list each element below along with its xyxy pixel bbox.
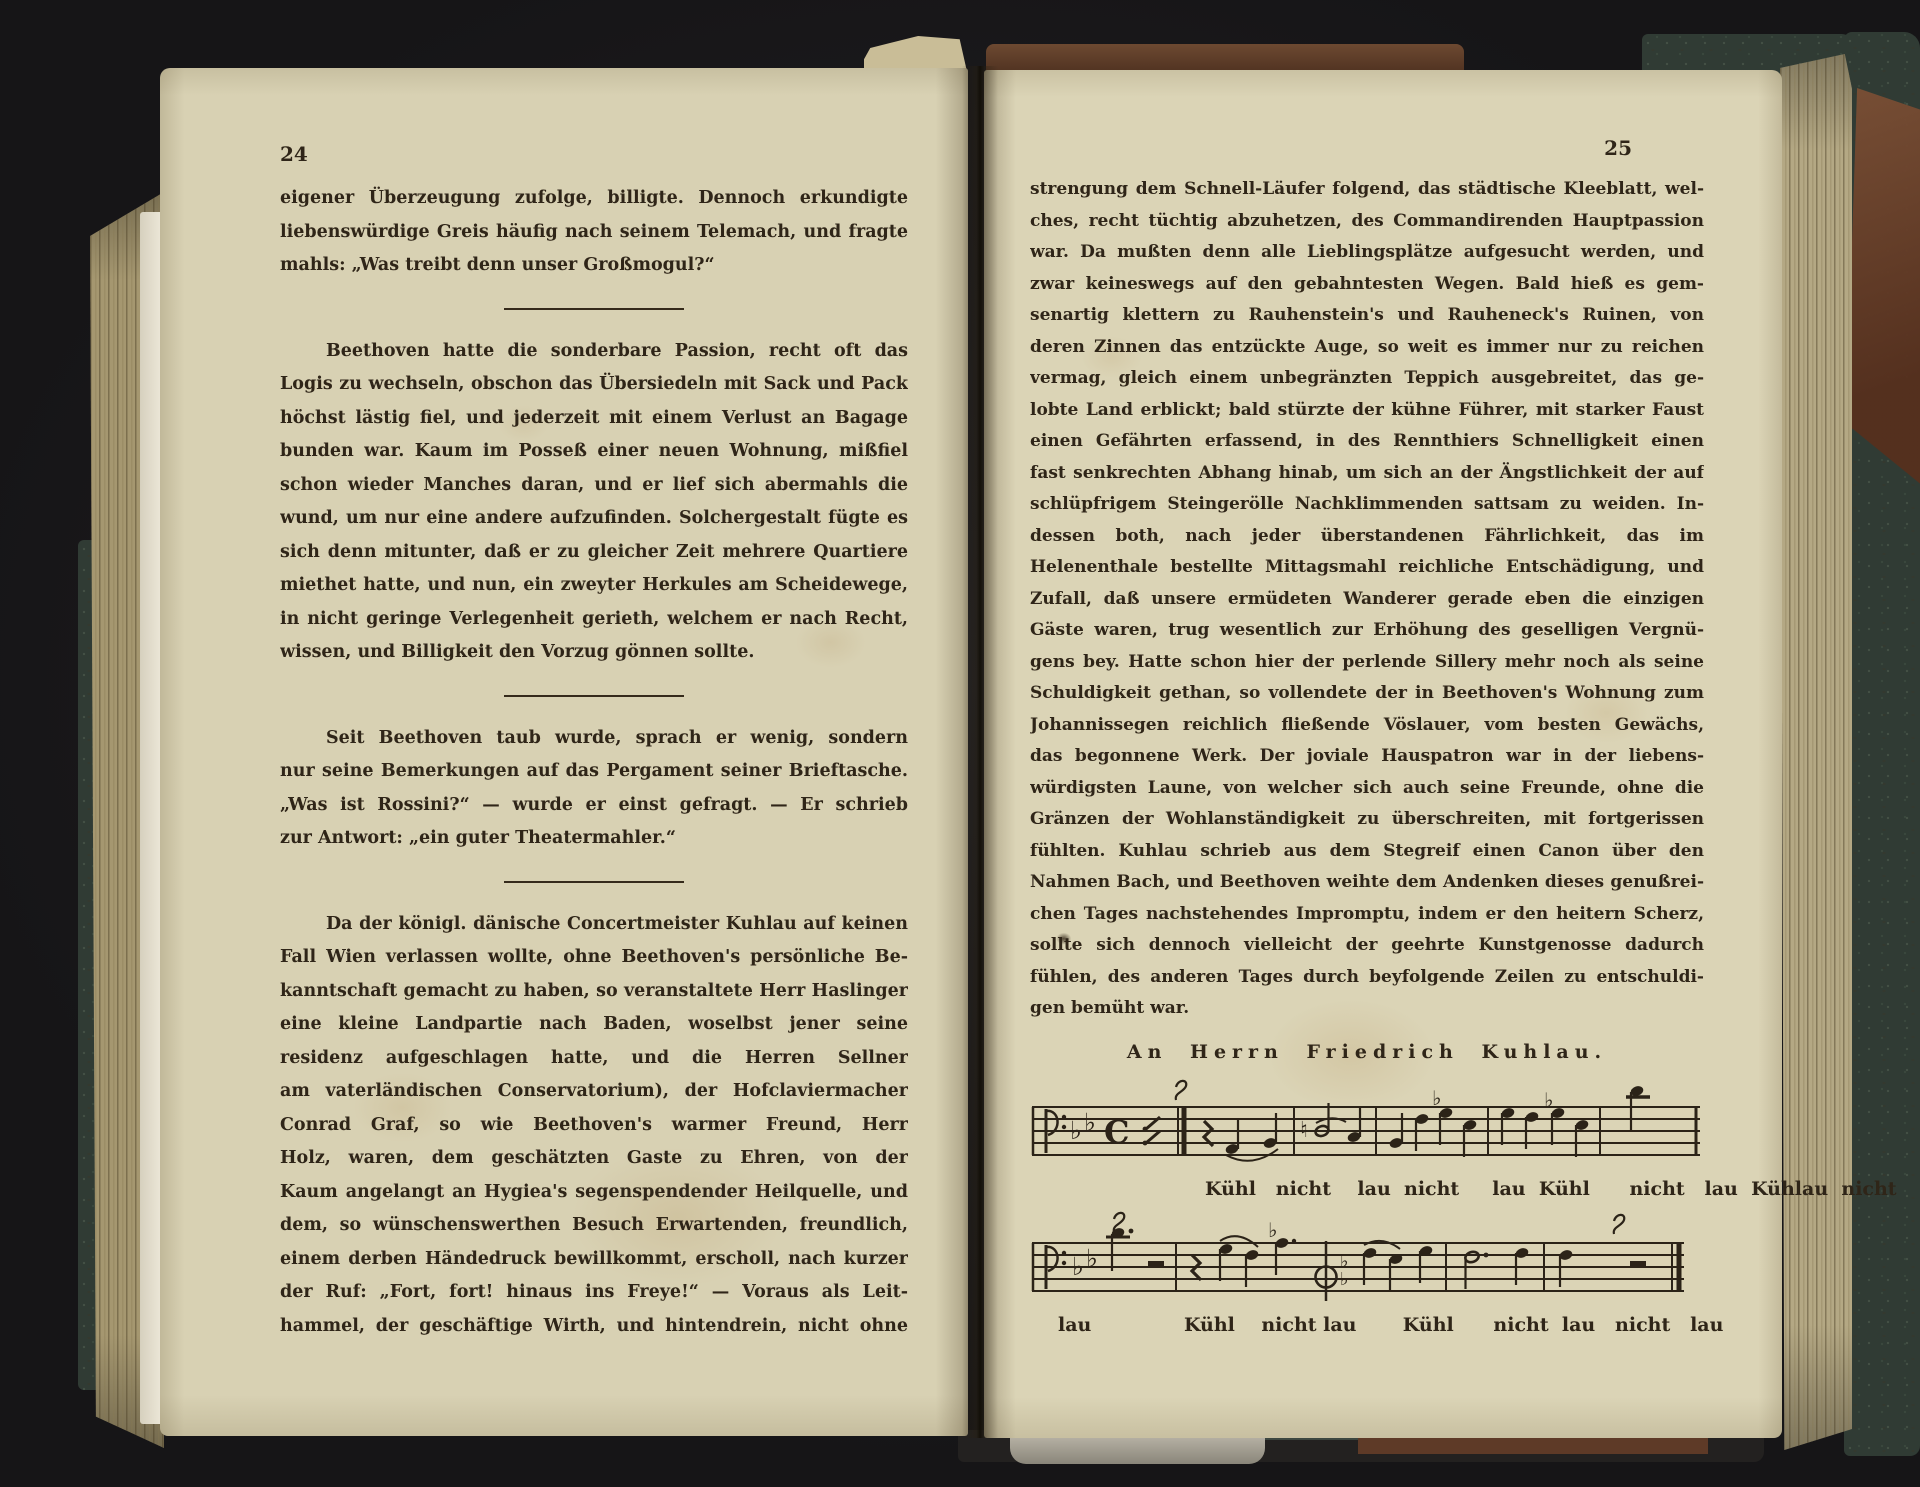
flat-icon: ♭	[1072, 1252, 1084, 1281]
turn-ornament-icon	[1176, 1080, 1187, 1099]
flat-icon: ♭	[1084, 1108, 1096, 1137]
text-line: Kaum angelangt an Hygiea's segenspendend…	[280, 1176, 908, 1210]
book-photo: 24 eigener Überzeugung zufolge, billigte…	[0, 0, 1920, 1487]
notes-measure-4	[1558, 1214, 1646, 1286]
text-line: Fall Wien verlassen wollte, ohne Beethov…	[280, 941, 908, 975]
text-line: fast senkrechten Abhang hinab, um sich a…	[1030, 458, 1704, 490]
page-number-right: 25	[984, 136, 1632, 160]
text-line: gens bey. Hatte schon hier der perlende …	[1030, 647, 1704, 679]
text-line: Holz, waren, dem geschätzten Gaste zu Eh…	[280, 1142, 908, 1176]
flat-icon: ♭	[1268, 1218, 1277, 1242]
text-line: kanntschaft gemacht zu haben, so veranst…	[280, 975, 908, 1009]
text-line: dessen both, nach jeder überstandenen Fä…	[1030, 521, 1704, 553]
right-page-text: strengung dem Schnell-Läufer folgend, da…	[1030, 174, 1704, 1025]
text-line: das begonnene Werk. Der joviale Hauspatr…	[1030, 741, 1704, 773]
text-line: eine kleine Landpartie nach Baden, wosel…	[280, 1008, 908, 1042]
notes-measure-1	[1224, 1113, 1278, 1161]
cover-bottom-gray-bit	[1010, 1436, 1265, 1464]
text-line: war. Da mußten denn alle Lieblingsplätze…	[1030, 237, 1704, 269]
text-line: dem, so wünschenswerthen Besuch Erwarten…	[280, 1209, 908, 1243]
text-line: sich denn mitunter, daß er zu gleicher Z…	[280, 536, 908, 570]
text-line: Da der königl. dänische Concertmeister K…	[280, 908, 908, 942]
music-staff-2: ♭ ♭ ♭ ♭ ♭	[1030, 1211, 1686, 1311]
music-staff-1: ♭ ♭ C ♮	[1030, 1075, 1702, 1175]
text-line: zur Antwort: „ein guter Theatermahler.“	[280, 822, 908, 856]
text-line: Gäste waren, trug wesentlich zur Erhöhun…	[1030, 615, 1704, 647]
text-line: schlüpfrigem Steingerölle Nachklimmenden…	[1030, 489, 1704, 521]
lyrics-line-2: lau Kühl nicht lau Kühl nicht lau nicht …	[1058, 1311, 1782, 1339]
text-line: strengung dem Schnell-Läufer folgend, da…	[1030, 174, 1704, 206]
text-line: senartig klettern zu Rauhenstein's und R…	[1030, 300, 1704, 332]
text-line: Seit Beethoven taub wurde, sprach er wen…	[280, 722, 908, 756]
text-line: zwar keineswegs auf den gebahntesten Weg…	[1030, 269, 1704, 301]
text-line: deren Zinnen das entzückte Auge, so weit…	[1030, 332, 1704, 364]
text-line: bunden war. Kaum im Posseß einer neuen W…	[280, 435, 908, 469]
flat-icon: ♭	[1340, 1269, 1349, 1290]
text-line: Conrad Graf, so wie Beethoven's warmer F…	[280, 1109, 908, 1143]
notes-measure-4: ♭	[1500, 1088, 1589, 1157]
text-line: mahls: „Was treibt denn unser Großmogul?…	[280, 249, 908, 283]
text-line: fühlten. Kuhlau schrieb aus dem Stegreif…	[1030, 836, 1704, 868]
text-line: sollte sich dennoch vielleicht der geehr…	[1030, 930, 1704, 962]
page-number-left: 24	[280, 142, 968, 166]
text-line: fühlen, des anderen Tages durch beyfolge…	[1030, 962, 1704, 994]
flat-icon: ♭	[1544, 1088, 1553, 1112]
text-line: eigener Überzeugung zufolge, billigte. D…	[280, 182, 908, 216]
text-line: wissen, und Billigkeit den Vorzug gönnen…	[280, 636, 908, 670]
text-line: liebenswürdige Greis häufig nach seinem …	[280, 216, 908, 250]
flat-icon: ♭	[1070, 1116, 1082, 1145]
left-page-text: eigener Überzeugung zufolge, billigte. D…	[280, 182, 908, 1343]
text-line: residenz aufgeschlagen hatte, und die He…	[280, 1042, 908, 1076]
text-line: miethet hatte, und nun, ein zweyter Herk…	[280, 569, 908, 603]
natural-icon: ♮	[1300, 1118, 1308, 1143]
text-line: nur seine Bemerkungen auf das Pergament …	[280, 755, 908, 789]
page-edges-right	[1780, 54, 1852, 1450]
time-signature: C	[1104, 1113, 1129, 1151]
right-page: 25 strengung dem Schnell-Läufer folgend,…	[984, 70, 1782, 1438]
text-line: gen bemüht war.	[1030, 993, 1704, 1025]
notes-measure-3: ♭	[1388, 1086, 1477, 1157]
left-page: 24 eigener Überzeugung zufolge, billigte…	[160, 68, 968, 1436]
text-line: einem derben Händedruck bewillkommt, ers…	[280, 1243, 908, 1277]
text-line: Schuldigkeit gethan, so vollendete der i…	[1030, 678, 1704, 710]
flat-icon: ♭	[1086, 1244, 1098, 1273]
text-line	[280, 856, 908, 908]
text-line: ches, recht tüchtig abzuhetzen, des Comm…	[1030, 206, 1704, 238]
text-line: einen Gefährten erfassend, in des Rennth…	[1030, 426, 1704, 458]
text-line: der Ruf: „Fort, fort! hinaus ins Freye!“…	[280, 1276, 908, 1310]
turn-ornament-icon	[1614, 1214, 1625, 1233]
text-line: chen Tages nachstehendes Impromptu, inde…	[1030, 899, 1704, 931]
text-line: Johannissegen reichlich fließende Vöslau…	[1030, 710, 1704, 742]
notes-measure-2: ♭ ♭ ♭	[1192, 1218, 1434, 1301]
text-line: höchst lästig fiel, und jederzeit mit ei…	[280, 402, 908, 436]
half-rest-icon	[1148, 1261, 1164, 1267]
text-line: Beethoven hatte die sonderbare Passion, …	[280, 335, 908, 369]
text-line: vermag, gleich einem unbegränzten Teppic…	[1030, 363, 1704, 395]
canon-dedication-heading: An Herrn Friedrich Kuhlau.	[1030, 1035, 1704, 1069]
text-line: würdigsten Laune, von welcher sich auch …	[1030, 773, 1704, 805]
text-line: wund, um nur eine andere aufzufinden. So…	[280, 502, 908, 536]
half-rest-icon	[1630, 1261, 1646, 1267]
lyrics-line-1: Kühl nicht lau nicht lau Kühl nicht lau …	[1205, 1175, 1782, 1203]
notes-measure-1	[1106, 1212, 1164, 1270]
text-line: lobte Land erblickt; bald stürzte der kü…	[1030, 395, 1704, 427]
text-line: schon wieder Manches daran, und er lief …	[280, 469, 908, 503]
text-line: hammel, der geschäftige Wirth, und hinte…	[280, 1310, 908, 1344]
text-line: Nahmen Bach, und Beethoven weihte dem An…	[1030, 867, 1704, 899]
text-line: Zufall, daß unsere ermüdeten Wanderer ge…	[1030, 584, 1704, 616]
text-line: in nicht geringe Verlegenheit gerieth, w…	[280, 603, 908, 637]
text-line: „Was ist Rossini?“ — wurde er einst gefr…	[280, 789, 908, 823]
text-line: am vaterländischen Conservatorium), der …	[280, 1075, 908, 1109]
text-line	[280, 670, 908, 722]
text-line	[280, 283, 908, 335]
notes-measure-2: ♮	[1300, 1103, 1362, 1143]
text-line: Helenenthale bestellte Mittagsmahl reich…	[1030, 552, 1704, 584]
text-line: Gränzen der Wohlanständigkeit zu übersch…	[1030, 804, 1704, 836]
flat-icon: ♭	[1432, 1086, 1441, 1110]
text-line: Logis zu wechseln, obschon das Übersiede…	[280, 368, 908, 402]
